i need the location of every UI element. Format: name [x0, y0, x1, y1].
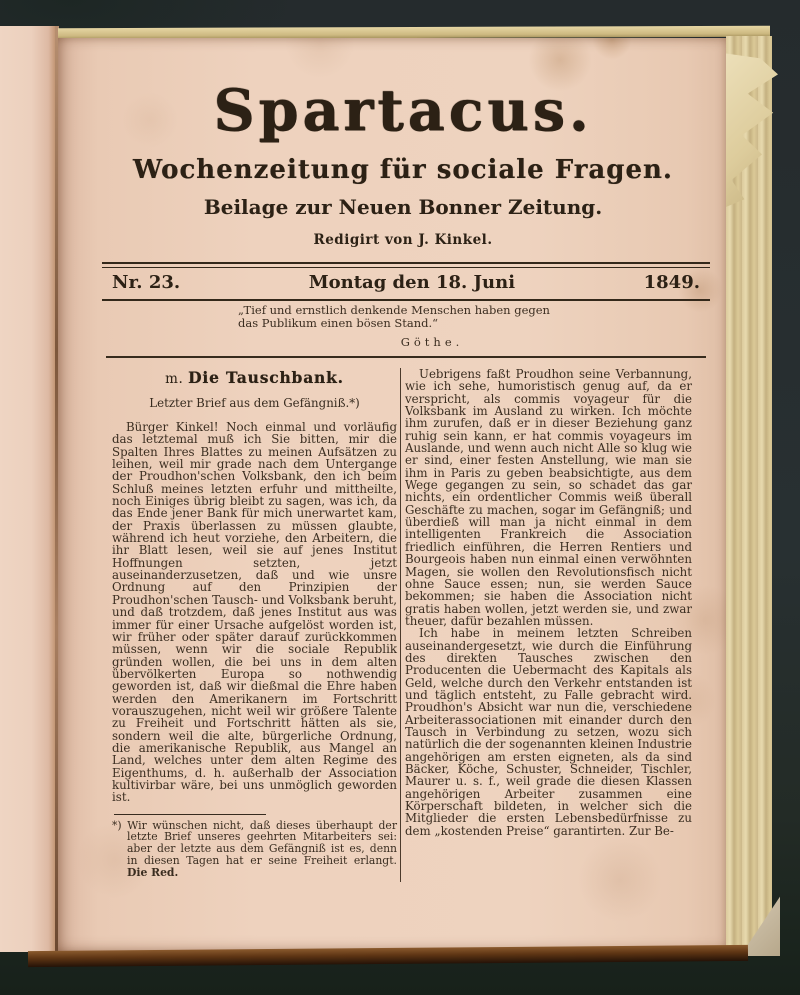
page-content: Spartacus. Wochenzeitung für sociale Fra…	[108, 38, 698, 248]
newspaper-page: Spartacus. Wochenzeitung für sociale Fra…	[58, 38, 726, 952]
issue-date: Montag den 18. Juni	[309, 272, 515, 293]
article-subheading: Letzter Brief aus dem Gefängniß.*)	[112, 396, 397, 410]
book-cover-background: Spartacus. Wochenzeitung für sociale Fra…	[0, 0, 800, 995]
paragraph: Ich habe in meinem letzten Schreiben aus…	[405, 627, 692, 837]
footnote-text: *) Wir wünschen nicht, daß dieses überha…	[112, 819, 397, 867]
article-body-left: Bürger Kinkel! Noch einmal und vorläufig…	[112, 421, 397, 804]
dateline-row: Nr. 23. Montag den 18. Juni 1849.	[102, 268, 710, 299]
dateline-rule-top-thick	[102, 262, 710, 264]
motto: „Tief und ernstlich denkende Menschen ha…	[238, 304, 570, 349]
masthead: Spartacus. Wochenzeitung für sociale Fra…	[108, 38, 698, 248]
masthead-imprint: Beilage zur Neuen Bonner Zeitung.	[108, 196, 698, 218]
dateline-rule-bottom	[102, 299, 710, 301]
masthead-subtitle: Wochenzeitung für sociale Fragen.	[108, 156, 698, 185]
column-left: m. Die Tauschbank. Letzter Brief aus dem…	[112, 368, 397, 879]
issue-number: Nr. 23.	[112, 272, 180, 293]
dateline: Nr. 23. Montag den 18. Juni 1849.	[102, 262, 710, 301]
paragraph: Uebrigens faßt Proudhon seine Verbannung…	[405, 368, 692, 627]
article-heading-prefix: m.	[165, 371, 183, 387]
facing-page	[0, 26, 57, 952]
paragraph: Bürger Kinkel! Noch einmal und vorläufig…	[112, 421, 397, 804]
column-divider-rule	[400, 368, 401, 882]
footnote: *) Wir wünschen nicht, daß dieses überha…	[112, 820, 397, 879]
footnote-signature: Die Red.	[127, 866, 178, 879]
footnote-rule	[114, 814, 266, 815]
motto-attribution: Göthe.	[238, 336, 570, 349]
issue-year: 1849.	[644, 272, 700, 293]
column-right: Uebrigens faßt Proudhon seine Verbannung…	[405, 368, 692, 837]
motto-text: „Tief und ernstlich denkende Menschen ha…	[238, 304, 570, 330]
page-title: Spartacus.	[108, 82, 698, 139]
section-rule	[106, 356, 706, 358]
article-heading: m. Die Tauschbank.	[112, 368, 397, 387]
masthead-editor-line: Redigirt von J. Kinkel.	[108, 232, 698, 248]
article-heading-title: Die Tauschbank.	[188, 368, 344, 387]
